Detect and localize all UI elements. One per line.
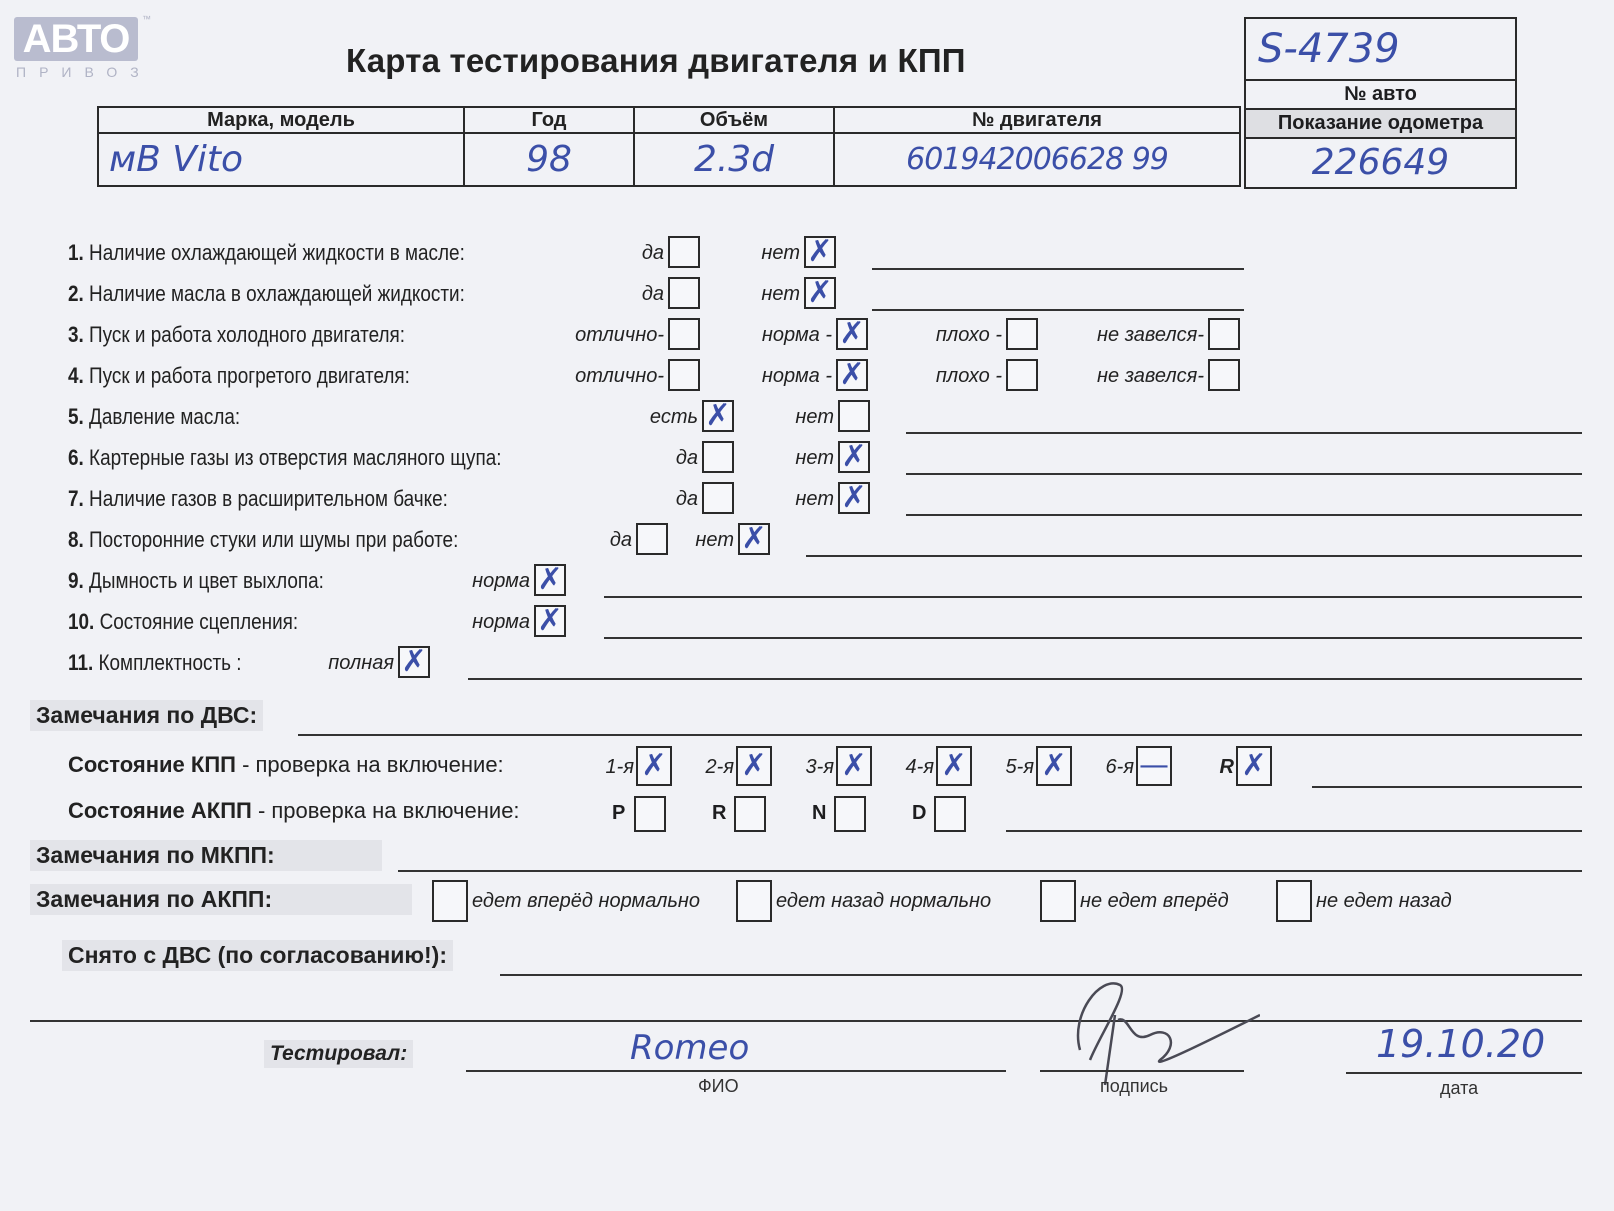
checkbox[interactable]: ✗ (398, 646, 430, 678)
checkbox[interactable]: ✗ (838, 441, 870, 473)
question-2: 2. Наличие масла в охлаждающей жидкости: (68, 281, 465, 307)
question-text: Пуск и работа прогретого двигателя: (89, 363, 410, 388)
question-text: Наличие охлаждающей жидкости в масле: (89, 240, 465, 265)
gear-checkbox[interactable]: ✗ (636, 746, 672, 786)
gear-checkbox[interactable]: ✗ (936, 746, 972, 786)
manual-gearbox-label-bold: Состояние КПП (68, 752, 236, 777)
option-label: не завелся- (1084, 324, 1204, 347)
signature-caption: подпись (1100, 1076, 1168, 1097)
gear-label: 1-я (600, 756, 634, 779)
gear-label: 5-я (1000, 756, 1034, 779)
notes-line[interactable] (806, 555, 1582, 557)
auto-number-label: № авто (1246, 81, 1515, 110)
option-label: нет (754, 283, 800, 306)
option-label: да (640, 283, 664, 306)
question-text: Пуск и работа холодного двигателя: (89, 322, 405, 347)
position-checkbox[interactable] (734, 796, 766, 832)
question-8: 8. Посторонние стуки или шумы при работе… (68, 527, 458, 553)
removed-label: Снято с ДВС (по согласованию!): (62, 940, 453, 971)
auto-gearbox-label: Состояние АКПП - проверка на включение: (68, 798, 520, 824)
notes-line[interactable] (468, 678, 1582, 680)
option-label: да (674, 447, 698, 470)
question-text: Наличие масла в охлаждающей жидкости: (89, 281, 465, 306)
remarks-engine-label: Замечания по ДВС: (30, 700, 263, 731)
gear-checkbox[interactable]: ✗ (836, 746, 872, 786)
auto-gearbox-label-bold: Состояние АКПП (68, 798, 252, 823)
question-text: Наличие газов в расширительном бачке: (89, 486, 448, 511)
divider-line (30, 1020, 1582, 1022)
position-label: D (912, 802, 926, 825)
checkbox[interactable] (1006, 359, 1038, 391)
question-text: Состояние сцепления: (100, 609, 299, 634)
gear-label: R (1200, 756, 1234, 779)
question-text: Картерные газы из отверстия масляного щу… (89, 445, 501, 470)
odometer-label: Показание одометра (1246, 110, 1515, 139)
notes-line[interactable] (872, 268, 1244, 270)
option-label: норма - (754, 365, 832, 388)
date-value[interactable]: 19.10.20 (1376, 1022, 1545, 1066)
question-number: 11. (68, 650, 99, 675)
checkbox[interactable]: ✗ (804, 277, 836, 309)
gear-checkbox[interactable]: ✗ (1236, 746, 1272, 786)
checkbox[interactable]: ✗ (836, 359, 868, 391)
question-number: 4. (68, 363, 89, 388)
checkbox[interactable] (668, 318, 700, 350)
option-label: полная (320, 652, 394, 675)
question-text: Комплектность : (99, 650, 242, 675)
remarks-manual-field[interactable] (398, 870, 1582, 872)
question-11: 11. Комплектность : (68, 650, 242, 676)
checkbox[interactable]: ✗ (534, 564, 566, 596)
checkbox[interactable] (1208, 318, 1240, 350)
tester-name-value[interactable]: Romeo (630, 1028, 749, 1068)
question-3: 3. Пуск и работа холодного двигателя: (68, 322, 405, 348)
gear-checkbox[interactable]: ✗ (736, 746, 772, 786)
position-label: P (612, 802, 625, 825)
gear-label: 6-я (1100, 756, 1134, 779)
position-checkbox[interactable] (634, 796, 666, 832)
akpp-option-checkbox[interactable] (736, 880, 772, 922)
akpp-option-label: не едет назад (1316, 890, 1452, 913)
notes-line[interactable] (604, 596, 1582, 598)
tester-name-field (466, 1070, 1006, 1072)
option-label: нет (688, 529, 734, 552)
remarks-engine-field[interactable] (298, 734, 1582, 736)
option-label: да (608, 529, 632, 552)
option-label: плохо - (928, 324, 1002, 347)
gear-checkbox[interactable]: — (1136, 746, 1172, 786)
notes-line[interactable] (604, 637, 1582, 639)
column-engine-number: № двигателя (834, 107, 1240, 133)
option-label: нет (790, 447, 834, 470)
auto-number-box: S-4739 № авто Показание одометра 226649 (1244, 17, 1517, 189)
question-text: Посторонние стуки или шумы при работе: (89, 527, 458, 552)
gear-label: 2-я (700, 756, 734, 779)
option-label: не завелся- (1084, 365, 1204, 388)
checkbox[interactable] (668, 277, 700, 309)
manual-gearbox-label: Состояние КПП - проверка на включение: (68, 752, 504, 778)
question-number: 1. (68, 240, 89, 265)
question-number: 7. (68, 486, 89, 511)
question-5: 5. Давление масла: (68, 404, 240, 430)
manual-gearbox-note-field[interactable] (1312, 786, 1582, 788)
checkbox[interactable] (702, 441, 734, 473)
option-label: норма (466, 570, 530, 593)
akpp-option-label: не едет вперёд (1080, 890, 1229, 913)
column-year: Год (464, 107, 634, 133)
make-model-value[interactable]: мВ Vito (98, 133, 464, 186)
option-label: норма (466, 611, 530, 634)
gear-label: 3-я (800, 756, 834, 779)
option-label: норма - (754, 324, 832, 347)
question-9: 9. Дымность и цвет выхлопа: (68, 568, 324, 594)
trademark-sign: ™ (142, 14, 151, 24)
removed-field[interactable] (500, 974, 1582, 976)
tested-by-label: Тестировал: (264, 1040, 413, 1068)
auto-number-value[interactable]: S-4739 (1246, 19, 1515, 81)
gear-checkbox[interactable]: ✗ (1036, 746, 1072, 786)
checkbox[interactable]: ✗ (838, 482, 870, 514)
akpp-option-checkbox[interactable] (1040, 880, 1076, 922)
question-number: 10. (68, 609, 100, 634)
volume-value[interactable]: 2.3d (634, 133, 834, 186)
column-volume: Объём (634, 107, 834, 133)
question-number: 3. (68, 322, 89, 347)
column-make-model: Марка, модель (98, 107, 464, 133)
auto-gearbox-note-field[interactable] (1006, 830, 1582, 832)
option-label: есть (644, 406, 698, 429)
question-4: 4. Пуск и работа прогретого двигателя: (68, 363, 410, 389)
question-10: 10. Состояние сцепления: (68, 609, 298, 635)
position-checkbox[interactable] (834, 796, 866, 832)
question-1: 1. Наличие охлаждающей жидкости в масле: (68, 240, 465, 266)
avtoprivoz-logo: АВТО (14, 17, 138, 61)
date-field (1346, 1072, 1582, 1074)
question-6: 6. Картерные газы из отверстия масляного… (68, 445, 501, 471)
akpp-option-label: едет вперёд нормально (472, 890, 700, 913)
odometer-value[interactable]: 226649 (1246, 139, 1515, 187)
remarks-auto-label: Замечания по АКПП: (30, 884, 412, 915)
question-text: Дымность и цвет выхлопа: (89, 568, 324, 593)
question-number: 8. (68, 527, 89, 552)
checkbox[interactable]: ✗ (836, 318, 868, 350)
checkbox[interactable]: ✗ (738, 523, 770, 555)
vehicle-info-table: Марка, модель Год Объём № двигателя мВ V… (97, 106, 1241, 187)
akpp-option-label: едет назад нормально (776, 890, 991, 913)
checkbox[interactable] (668, 359, 700, 391)
checkbox[interactable]: ✗ (804, 236, 836, 268)
manual-gearbox-label-rest: - проверка на включение: (236, 752, 504, 777)
checkbox[interactable] (702, 482, 734, 514)
checkbox[interactable] (1208, 359, 1240, 391)
checkbox[interactable]: ✗ (702, 400, 734, 432)
notes-line[interactable] (906, 514, 1582, 516)
year-value[interactable]: 98 (464, 133, 634, 186)
gear-label: 4-я (900, 756, 934, 779)
akpp-option-checkbox[interactable] (432, 880, 468, 922)
notes-line[interactable] (906, 473, 1582, 475)
option-label: плохо - (928, 365, 1002, 388)
checkbox[interactable] (1006, 318, 1038, 350)
engine-number-value[interactable]: 601942006628 99 (834, 133, 1240, 186)
option-label: нет (790, 488, 834, 511)
signature-field (1040, 1070, 1244, 1072)
question-number: 2. (68, 281, 89, 306)
question-number: 9. (68, 568, 89, 593)
option-label: нет (754, 242, 800, 265)
page-title: Карта тестирования двигателя и КПП (346, 42, 966, 80)
question-number: 5. (68, 404, 89, 429)
question-7: 7. Наличие газов в расширительном бачке: (68, 486, 448, 512)
notes-line[interactable] (872, 309, 1244, 311)
logo-subtitle: ПРИВОЗ (16, 64, 152, 80)
date-caption: дата (1440, 1078, 1478, 1099)
remarks-manual-label: Замечания по МКПП: (30, 840, 382, 871)
question-number: 6. (68, 445, 89, 470)
option-label: отлично- (566, 365, 664, 388)
name-caption: ФИО (698, 1076, 739, 1097)
option-label: нет (790, 406, 834, 429)
auto-gearbox-label-rest: - проверка на включение: (252, 798, 520, 823)
option-label: да (674, 488, 698, 511)
position-checkbox[interactable] (934, 796, 966, 832)
notes-line[interactable] (906, 432, 1582, 434)
checkbox[interactable]: ✗ (534, 605, 566, 637)
option-label: отлично- (566, 324, 664, 347)
akpp-option-checkbox[interactable] (1276, 880, 1312, 922)
checkbox[interactable] (838, 400, 870, 432)
position-label: R (712, 802, 726, 825)
question-text: Давление масла: (89, 404, 240, 429)
option-label: да (640, 242, 664, 265)
checkbox[interactable] (668, 236, 700, 268)
position-label: N (812, 802, 826, 825)
checkbox[interactable] (636, 523, 668, 555)
